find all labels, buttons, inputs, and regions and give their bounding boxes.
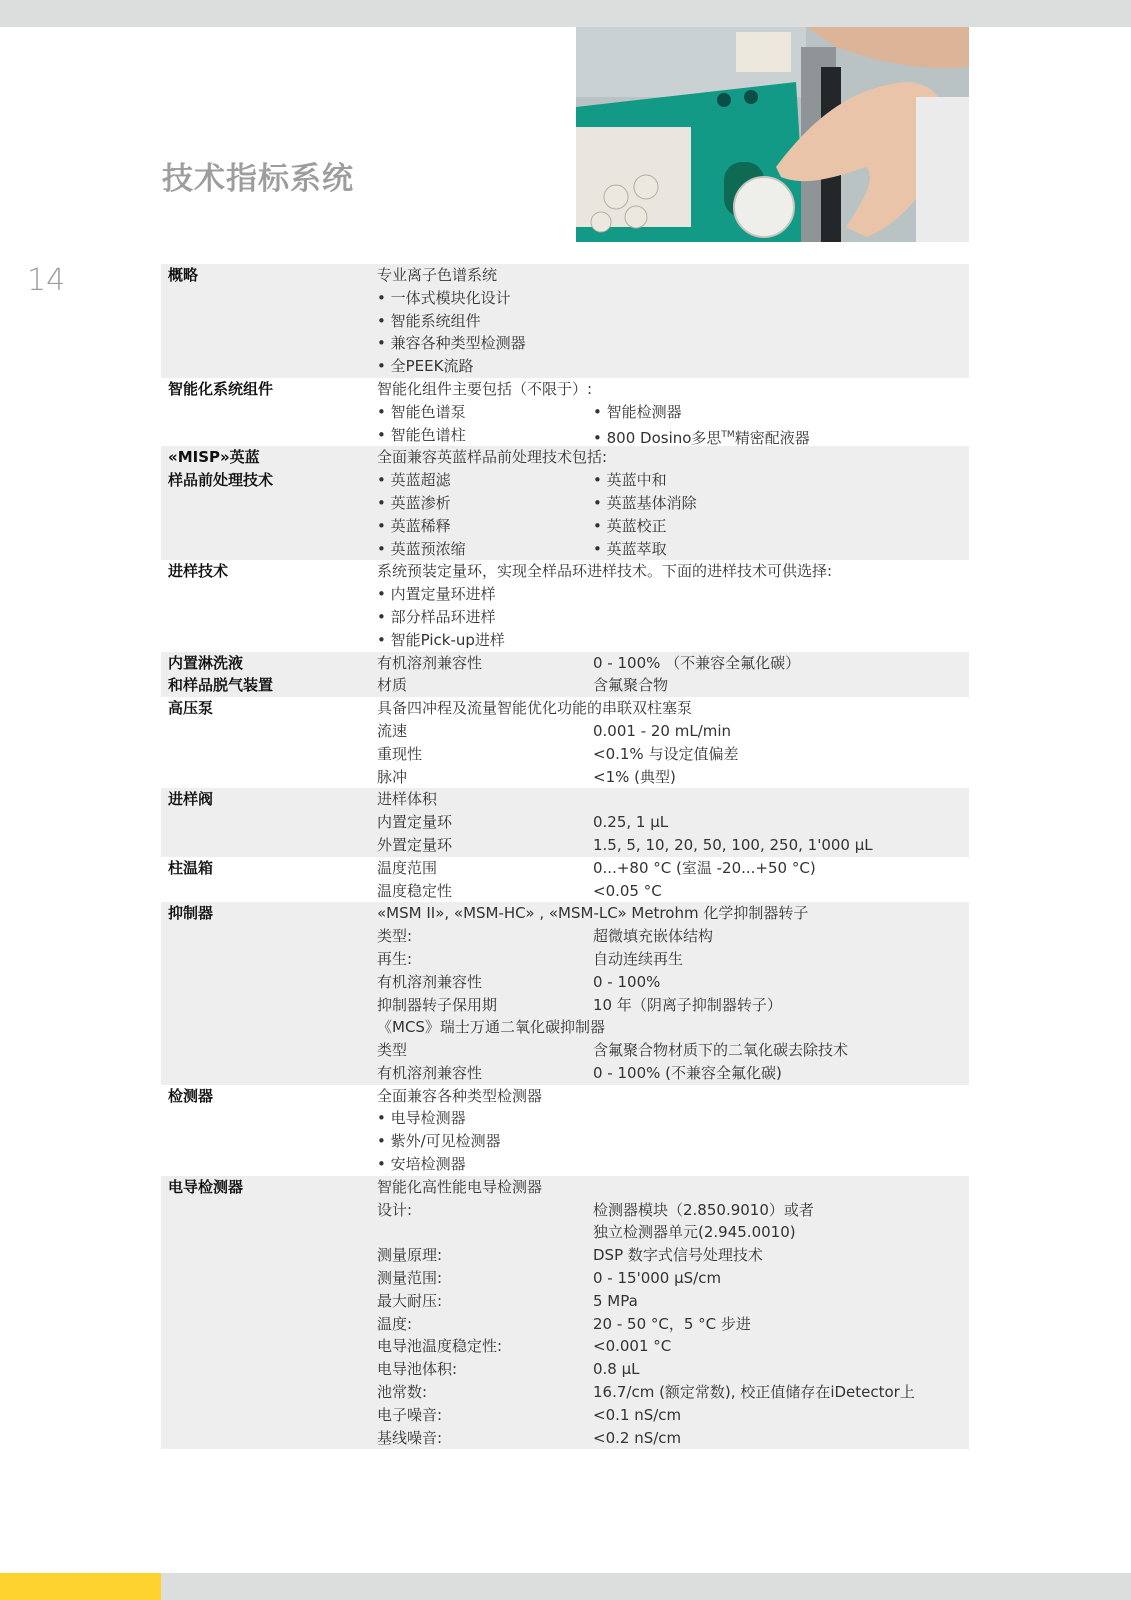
spec-line: 内置定量环0.25, 1 μL xyxy=(377,811,969,834)
top-band xyxy=(0,0,1131,27)
spec-line: 具备四冲程及流量智能优化功能的串联双柱塞泵 xyxy=(377,697,969,720)
spec-line: 内置定量环进样 xyxy=(377,583,969,606)
spec-label-line: 进样阀 xyxy=(168,788,377,811)
spec-label-line: 检测器 xyxy=(168,1085,377,1108)
spec-key: 温度范围 xyxy=(377,857,593,880)
spec-key: 池常数: xyxy=(377,1381,593,1404)
spec-line: 测量范围:0 - 15'000 μS/cm xyxy=(377,1267,969,1290)
spec-line: 类型含氟聚合物材质下的二氧化碳去除技术 xyxy=(377,1039,969,1062)
spec-key: 有机溶剂兼容性 xyxy=(377,971,593,994)
spec-row: 高压泵具备四冲程及流量智能优化功能的串联双柱塞泵流速0.001 - 20 mL/… xyxy=(161,697,969,788)
spec-line: 电子噪音:<0.1 nS/cm xyxy=(377,1404,969,1427)
spec-label: 概略 xyxy=(161,264,377,378)
bullet-item: 英蓝基体消除 xyxy=(593,492,697,515)
spec-label-line: 智能化系统组件 xyxy=(168,378,377,401)
spec-value: <0.1% 与设定值偏差 xyxy=(593,743,738,766)
spec-key: 材质 xyxy=(377,674,593,697)
spec-value: 20 - 50 °C，5 °C 步进 xyxy=(593,1313,751,1336)
spec-line: 部分样品环进样 xyxy=(377,606,969,629)
spec-line: 有机溶剂兼容性0 - 100% xyxy=(377,971,969,994)
spec-value: 0 - 15'000 μS/cm xyxy=(593,1267,721,1290)
spec-line: 类型:超微填充嵌体结构 xyxy=(377,925,969,948)
spec-label: 内置淋洗液和样品脱气装置 xyxy=(161,652,377,698)
page-number: 14 xyxy=(27,263,65,298)
spec-body: 智能化高性能电导检测器设计:检测器模块（2.850.9010）或者独立检测器单元… xyxy=(377,1176,969,1450)
spec-line: 测量原理:DSP 数字式信号处理技术 xyxy=(377,1244,969,1267)
spec-key: 温度稳定性 xyxy=(377,880,593,903)
spec-line: 智能化组件主要包括（不限于）: xyxy=(377,378,969,401)
spec-body: 全面兼容英蓝样品前处理技术包括:英蓝超滤英蓝中和英蓝渗析英蓝基体消除英蓝稀释英蓝… xyxy=(377,446,969,560)
spec-line: 全面兼容各种类型检测器 xyxy=(377,1085,969,1108)
trademark-mark: TM xyxy=(721,430,734,440)
spec-label: 进样阀 xyxy=(161,788,377,856)
bullet-item: 一体式模块化设计 xyxy=(377,287,511,310)
spec-label: 抑制器 xyxy=(161,902,377,1084)
spec-label: 高压泵 xyxy=(161,697,377,788)
bullet-item: 全PEEK流路 xyxy=(377,355,473,378)
spec-body: 进样体积内置定量环0.25, 1 μL外置定量环1.5, 5, 10, 20, … xyxy=(377,788,969,856)
bullet-item: 智能色谱柱 xyxy=(377,424,593,447)
spec-row: 智能化系统组件智能化组件主要包括（不限于）:智能色谱泵智能检测器智能色谱柱800… xyxy=(161,378,969,446)
spec-body: «MSM II», «MSM-HC» , «MSM-LC» Metrohm 化学… xyxy=(377,902,969,1084)
spec-line: 电导检测器 xyxy=(377,1107,969,1130)
spec-value: 0.001 - 20 mL/min xyxy=(593,720,731,743)
spec-line: 池常数:16.7/cm (额定常数), 校正值储存在iDetector上 xyxy=(377,1381,969,1404)
spec-key: 脉冲 xyxy=(377,766,593,789)
spec-text: 全面兼容英蓝样品前处理技术包括: xyxy=(377,446,607,469)
bottom-band xyxy=(0,1573,1131,1600)
spec-line: 电导池体积:0.8 μL xyxy=(377,1358,969,1381)
bullet-item: 英蓝稀释 xyxy=(377,515,593,538)
spec-text: 进样体积 xyxy=(377,788,437,811)
spec-body: 温度范围0...+80 °C (室温 -20...+50 °C)温度稳定性<0.… xyxy=(377,857,969,903)
spec-value: 5 MPa xyxy=(593,1290,638,1313)
bullet-item: 英蓝中和 xyxy=(593,469,667,492)
spec-row: 进样阀进样体积内置定量环0.25, 1 μL外置定量环1.5, 5, 10, 2… xyxy=(161,788,969,856)
spec-key: 流速 xyxy=(377,720,593,743)
bullet-item: 英蓝萃取 xyxy=(593,538,667,561)
spec-label: «MISP»英蓝样品前处理技术 xyxy=(161,446,377,560)
spec-key: 温度: xyxy=(377,1313,593,1336)
spec-key: 抑制器转子保用期 xyxy=(377,994,593,1017)
spec-key: 类型 xyxy=(377,1039,593,1062)
spec-label: 进样技术 xyxy=(161,560,377,651)
spec-text: 具备四冲程及流量智能优化功能的串联双柱塞泵 xyxy=(377,697,692,720)
bullet-item: 英蓝超滤 xyxy=(377,469,593,492)
spec-row: «MISP»英蓝样品前处理技术全面兼容英蓝样品前处理技术包括:英蓝超滤英蓝中和英… xyxy=(161,446,969,560)
spec-value: <0.2 nS/cm xyxy=(593,1427,681,1450)
spec-label-line: 样品前处理技术 xyxy=(168,469,377,492)
spec-line: 紫外/可见检测器 xyxy=(377,1130,969,1153)
spec-line: 设计:检测器模块（2.850.9010）或者 xyxy=(377,1199,969,1222)
spec-line: 流速0.001 - 20 mL/min xyxy=(377,720,969,743)
bullet-item: 安培检测器 xyxy=(377,1153,466,1176)
spec-line: 智能化高性能电导检测器 xyxy=(377,1176,969,1199)
spec-row: 概略专业离子色谱系统一体式模块化设计智能系统组件兼容各种类型检测器全PEEK流路 xyxy=(161,264,969,378)
spec-key: 电子噪音: xyxy=(377,1404,593,1427)
bullet-item: 智能Pick-up进样 xyxy=(377,629,505,652)
spec-line: 电导池温度稳定性:<0.001 °C xyxy=(377,1335,969,1358)
spec-table: 概略专业离子色谱系统一体式模块化设计智能系统组件兼容各种类型检测器全PEEK流路… xyxy=(161,264,969,1449)
spec-line: 智能Pick-up进样 xyxy=(377,629,969,652)
spec-value: 10 年（阴离子抑制器转子） xyxy=(593,994,782,1017)
spec-line: 重现性<0.1% 与设定值偏差 xyxy=(377,743,969,766)
spec-line: 有机溶剂兼容性0 - 100% （不兼容全氟化碳） xyxy=(377,652,969,675)
spec-label-line: 进样技术 xyxy=(168,560,377,583)
spec-line: 英蓝稀释英蓝校正 xyxy=(377,515,969,538)
spec-label: 柱温箱 xyxy=(161,857,377,903)
spec-value: 自动连续再生 xyxy=(593,948,683,971)
spec-key: 电导池温度稳定性: xyxy=(377,1335,593,1358)
spec-line: 《MCS》瑞士万通二氧化碳抑制器 xyxy=(377,1016,969,1039)
spec-text: «MSM II», «MSM-HC» , «MSM-LC» Metrohm 化学… xyxy=(377,902,808,925)
bullet-item-text: 英蓝基体消除 xyxy=(607,494,697,512)
spec-body: 系统预装定量环，实现全样品环进样技术。下面的进样技术可供选择:内置定量环进样部分… xyxy=(377,560,969,651)
spec-row: 电导检测器智能化高性能电导检测器设计:检测器模块（2.850.9010）或者独立… xyxy=(161,1176,969,1450)
spec-line: 抑制器转子保用期10 年（阴离子抑制器转子） xyxy=(377,994,969,1017)
spec-label-line: 和样品脱气装置 xyxy=(168,674,377,697)
bullet-item: 智能色谱泵 xyxy=(377,401,593,424)
bullet-item-text: 800 Dosino多思 xyxy=(607,429,722,447)
bullet-item-suffix: 精密配液器 xyxy=(735,429,810,447)
spec-value: 含氟聚合物 xyxy=(593,674,668,697)
spec-value: DSP 数字式信号处理技术 xyxy=(593,1244,763,1267)
spec-value: 0 - 100% xyxy=(593,971,660,994)
spec-value: 检测器模块（2.850.9010）或者 xyxy=(593,1199,814,1222)
spec-row: 检测器全面兼容各种类型检测器电导检测器紫外/可见检测器安培检测器 xyxy=(161,1085,969,1176)
spec-key: 电导池体积: xyxy=(377,1358,593,1381)
spec-line: 系统预装定量环，实现全样品环进样技术。下面的进样技术可供选择: xyxy=(377,560,969,583)
spec-text: 专业离子色谱系统 xyxy=(377,264,497,287)
page-title: 技术指标系统 xyxy=(162,153,354,198)
spec-line: 全面兼容英蓝样品前处理技术包括: xyxy=(377,446,969,469)
bullet-item: 部分样品环进样 xyxy=(377,606,496,629)
bullet-item: 兼容各种类型检测器 xyxy=(377,332,526,355)
spec-line: 脉冲<1% (典型) xyxy=(377,766,969,789)
spec-key: 设计: xyxy=(377,1199,593,1222)
spec-label-line: 概略 xyxy=(168,264,377,287)
spec-body: 智能化组件主要包括（不限于）:智能色谱泵智能检测器智能色谱柱800 Dosino… xyxy=(377,378,969,446)
bullet-item: 800 Dosino多思TM精密配液器 xyxy=(593,424,810,447)
bullet-item-text: 英蓝萃取 xyxy=(607,540,667,558)
bullet-item: 紫外/可见检测器 xyxy=(377,1130,501,1153)
spec-line: 再生:自动连续再生 xyxy=(377,948,969,971)
spec-key: 外置定量环 xyxy=(377,834,593,857)
spec-line: 英蓝预浓缩英蓝萃取 xyxy=(377,538,969,561)
spec-key xyxy=(377,1221,593,1244)
bullet-item: 英蓝校正 xyxy=(593,515,667,538)
spec-line: 智能色谱泵智能检测器 xyxy=(377,401,969,424)
spec-key: 类型: xyxy=(377,925,593,948)
spec-line: «MSM II», «MSM-HC» , «MSM-LC» Metrohm 化学… xyxy=(377,902,969,925)
spec-line: 外置定量环1.5, 5, 10, 20, 50, 100, 250, 1'000… xyxy=(377,834,969,857)
spec-line: 专业离子色谱系统 xyxy=(377,264,969,287)
spec-key: 内置定量环 xyxy=(377,811,593,834)
spec-label: 智能化系统组件 xyxy=(161,378,377,446)
spec-line: 温度:20 - 50 °C，5 °C 步进 xyxy=(377,1313,969,1336)
bullet-item: 内置定量环进样 xyxy=(377,583,496,606)
spec-value: 0 - 100% (不兼容全氟化碳) xyxy=(593,1062,782,1085)
bullet-item: 智能检测器 xyxy=(593,401,682,424)
spec-value: 1.5, 5, 10, 20, 50, 100, 250, 1'000 μL xyxy=(593,834,873,857)
spec-value: 含氟聚合物材质下的二氧化碳去除技术 xyxy=(593,1039,848,1062)
spec-value: 独立检测器单元(2.945.0010) xyxy=(593,1221,796,1244)
spec-line: 一体式模块化设计 xyxy=(377,287,969,310)
spec-line: 全PEEK流路 xyxy=(377,355,969,378)
spec-label: 检测器 xyxy=(161,1085,377,1176)
spec-value: <0.001 °C xyxy=(593,1335,671,1358)
spec-body: 专业离子色谱系统一体式模块化设计智能系统组件兼容各种类型检测器全PEEK流路 xyxy=(377,264,969,378)
spec-label-line: 内置淋洗液 xyxy=(168,652,377,675)
spec-line: 有机溶剂兼容性0 - 100% (不兼容全氟化碳) xyxy=(377,1062,969,1085)
spec-row: 进样技术系统预装定量环，实现全样品环进样技术。下面的进样技术可供选择:内置定量环… xyxy=(161,560,969,651)
spec-label-line: 柱温箱 xyxy=(168,857,377,880)
spec-line: 温度稳定性<0.05 °C xyxy=(377,880,969,903)
spec-key: 有机溶剂兼容性 xyxy=(377,652,593,675)
spec-value: <0.05 °C xyxy=(593,880,662,903)
bottom-accent-bar xyxy=(0,1573,161,1600)
instrument-photo-image xyxy=(576,27,969,242)
spec-value: <1% (典型) xyxy=(593,766,676,789)
spec-label-line: «MISP»英蓝 xyxy=(168,446,377,469)
spec-label: 电导检测器 xyxy=(161,1176,377,1450)
spec-key: 测量原理: xyxy=(377,1244,593,1267)
spec-line: 进样体积 xyxy=(377,788,969,811)
spec-label-line: 电导检测器 xyxy=(168,1176,377,1199)
spec-text: 智能化组件主要包括（不限于）: xyxy=(377,378,592,401)
spec-row: 柱温箱温度范围0...+80 °C (室温 -20...+50 °C)温度稳定性… xyxy=(161,857,969,903)
spec-line: 智能色谱柱800 Dosino多思TM精密配液器 xyxy=(377,424,969,447)
bullet-item-text: 英蓝中和 xyxy=(607,471,667,489)
spec-body: 全面兼容各种类型检测器电导检测器紫外/可见检测器安培检测器 xyxy=(377,1085,969,1176)
spec-text: 《MCS》瑞士万通二氧化碳抑制器 xyxy=(377,1016,605,1039)
bullet-item: 智能系统组件 xyxy=(377,310,481,333)
spec-line: 基线噪音:<0.2 nS/cm xyxy=(377,1427,969,1450)
spec-text: 全面兼容各种类型检测器 xyxy=(377,1085,542,1108)
spec-value: 0.25, 1 μL xyxy=(593,811,668,834)
bullet-item: 英蓝渗析 xyxy=(377,492,593,515)
spec-text: 智能化高性能电导检测器 xyxy=(377,1176,542,1199)
spec-line: 智能系统组件 xyxy=(377,310,969,333)
bullet-item-text: 英蓝校正 xyxy=(607,517,667,535)
spec-key: 有机溶剂兼容性 xyxy=(377,1062,593,1085)
spec-line: 兼容各种类型检测器 xyxy=(377,332,969,355)
spec-value: 0.8 μL xyxy=(593,1358,640,1381)
spec-value: 0 - 100% （不兼容全氟化碳） xyxy=(593,652,800,675)
spec-line: 安培检测器 xyxy=(377,1153,969,1176)
spec-row: 内置淋洗液和样品脱气装置有机溶剂兼容性0 - 100% （不兼容全氟化碳）材质含… xyxy=(161,652,969,698)
spec-row: 抑制器«MSM II», «MSM-HC» , «MSM-LC» Metrohm… xyxy=(161,902,969,1084)
spec-body: 具备四冲程及流量智能优化功能的串联双柱塞泵流速0.001 - 20 mL/min… xyxy=(377,697,969,788)
spec-key: 重现性 xyxy=(377,743,593,766)
instrument-photo xyxy=(576,27,969,242)
bullet-item-text: 智能检测器 xyxy=(607,403,682,421)
spec-line: 英蓝渗析英蓝基体消除 xyxy=(377,492,969,515)
spec-key: 再生: xyxy=(377,948,593,971)
spec-label-line: 抑制器 xyxy=(168,902,377,925)
spec-line: 最大耐压:5 MPa xyxy=(377,1290,969,1313)
spec-text: 系统预装定量环，实现全样品环进样技术。下面的进样技术可供选择: xyxy=(377,560,832,583)
bullet-item: 英蓝预浓缩 xyxy=(377,538,593,561)
spec-line: 英蓝超滤英蓝中和 xyxy=(377,469,969,492)
bullet-item: 电导检测器 xyxy=(377,1107,466,1130)
spec-value: 0...+80 °C (室温 -20...+50 °C) xyxy=(593,857,816,880)
spec-line: 温度范围0...+80 °C (室温 -20...+50 °C) xyxy=(377,857,969,880)
spec-value: 超微填充嵌体结构 xyxy=(593,925,713,948)
spec-key: 基线噪音: xyxy=(377,1427,593,1450)
spec-value: 16.7/cm (额定常数), 校正值储存在iDetector上 xyxy=(593,1381,915,1404)
spec-line: 材质含氟聚合物 xyxy=(377,674,969,697)
spec-label-line: 高压泵 xyxy=(168,697,377,720)
spec-value: <0.1 nS/cm xyxy=(593,1404,681,1427)
spec-body: 有机溶剂兼容性0 - 100% （不兼容全氟化碳）材质含氟聚合物 xyxy=(377,652,969,698)
spec-line: 独立检测器单元(2.945.0010) xyxy=(377,1221,969,1244)
spec-key: 测量范围: xyxy=(377,1267,593,1290)
spec-key: 最大耐压: xyxy=(377,1290,593,1313)
